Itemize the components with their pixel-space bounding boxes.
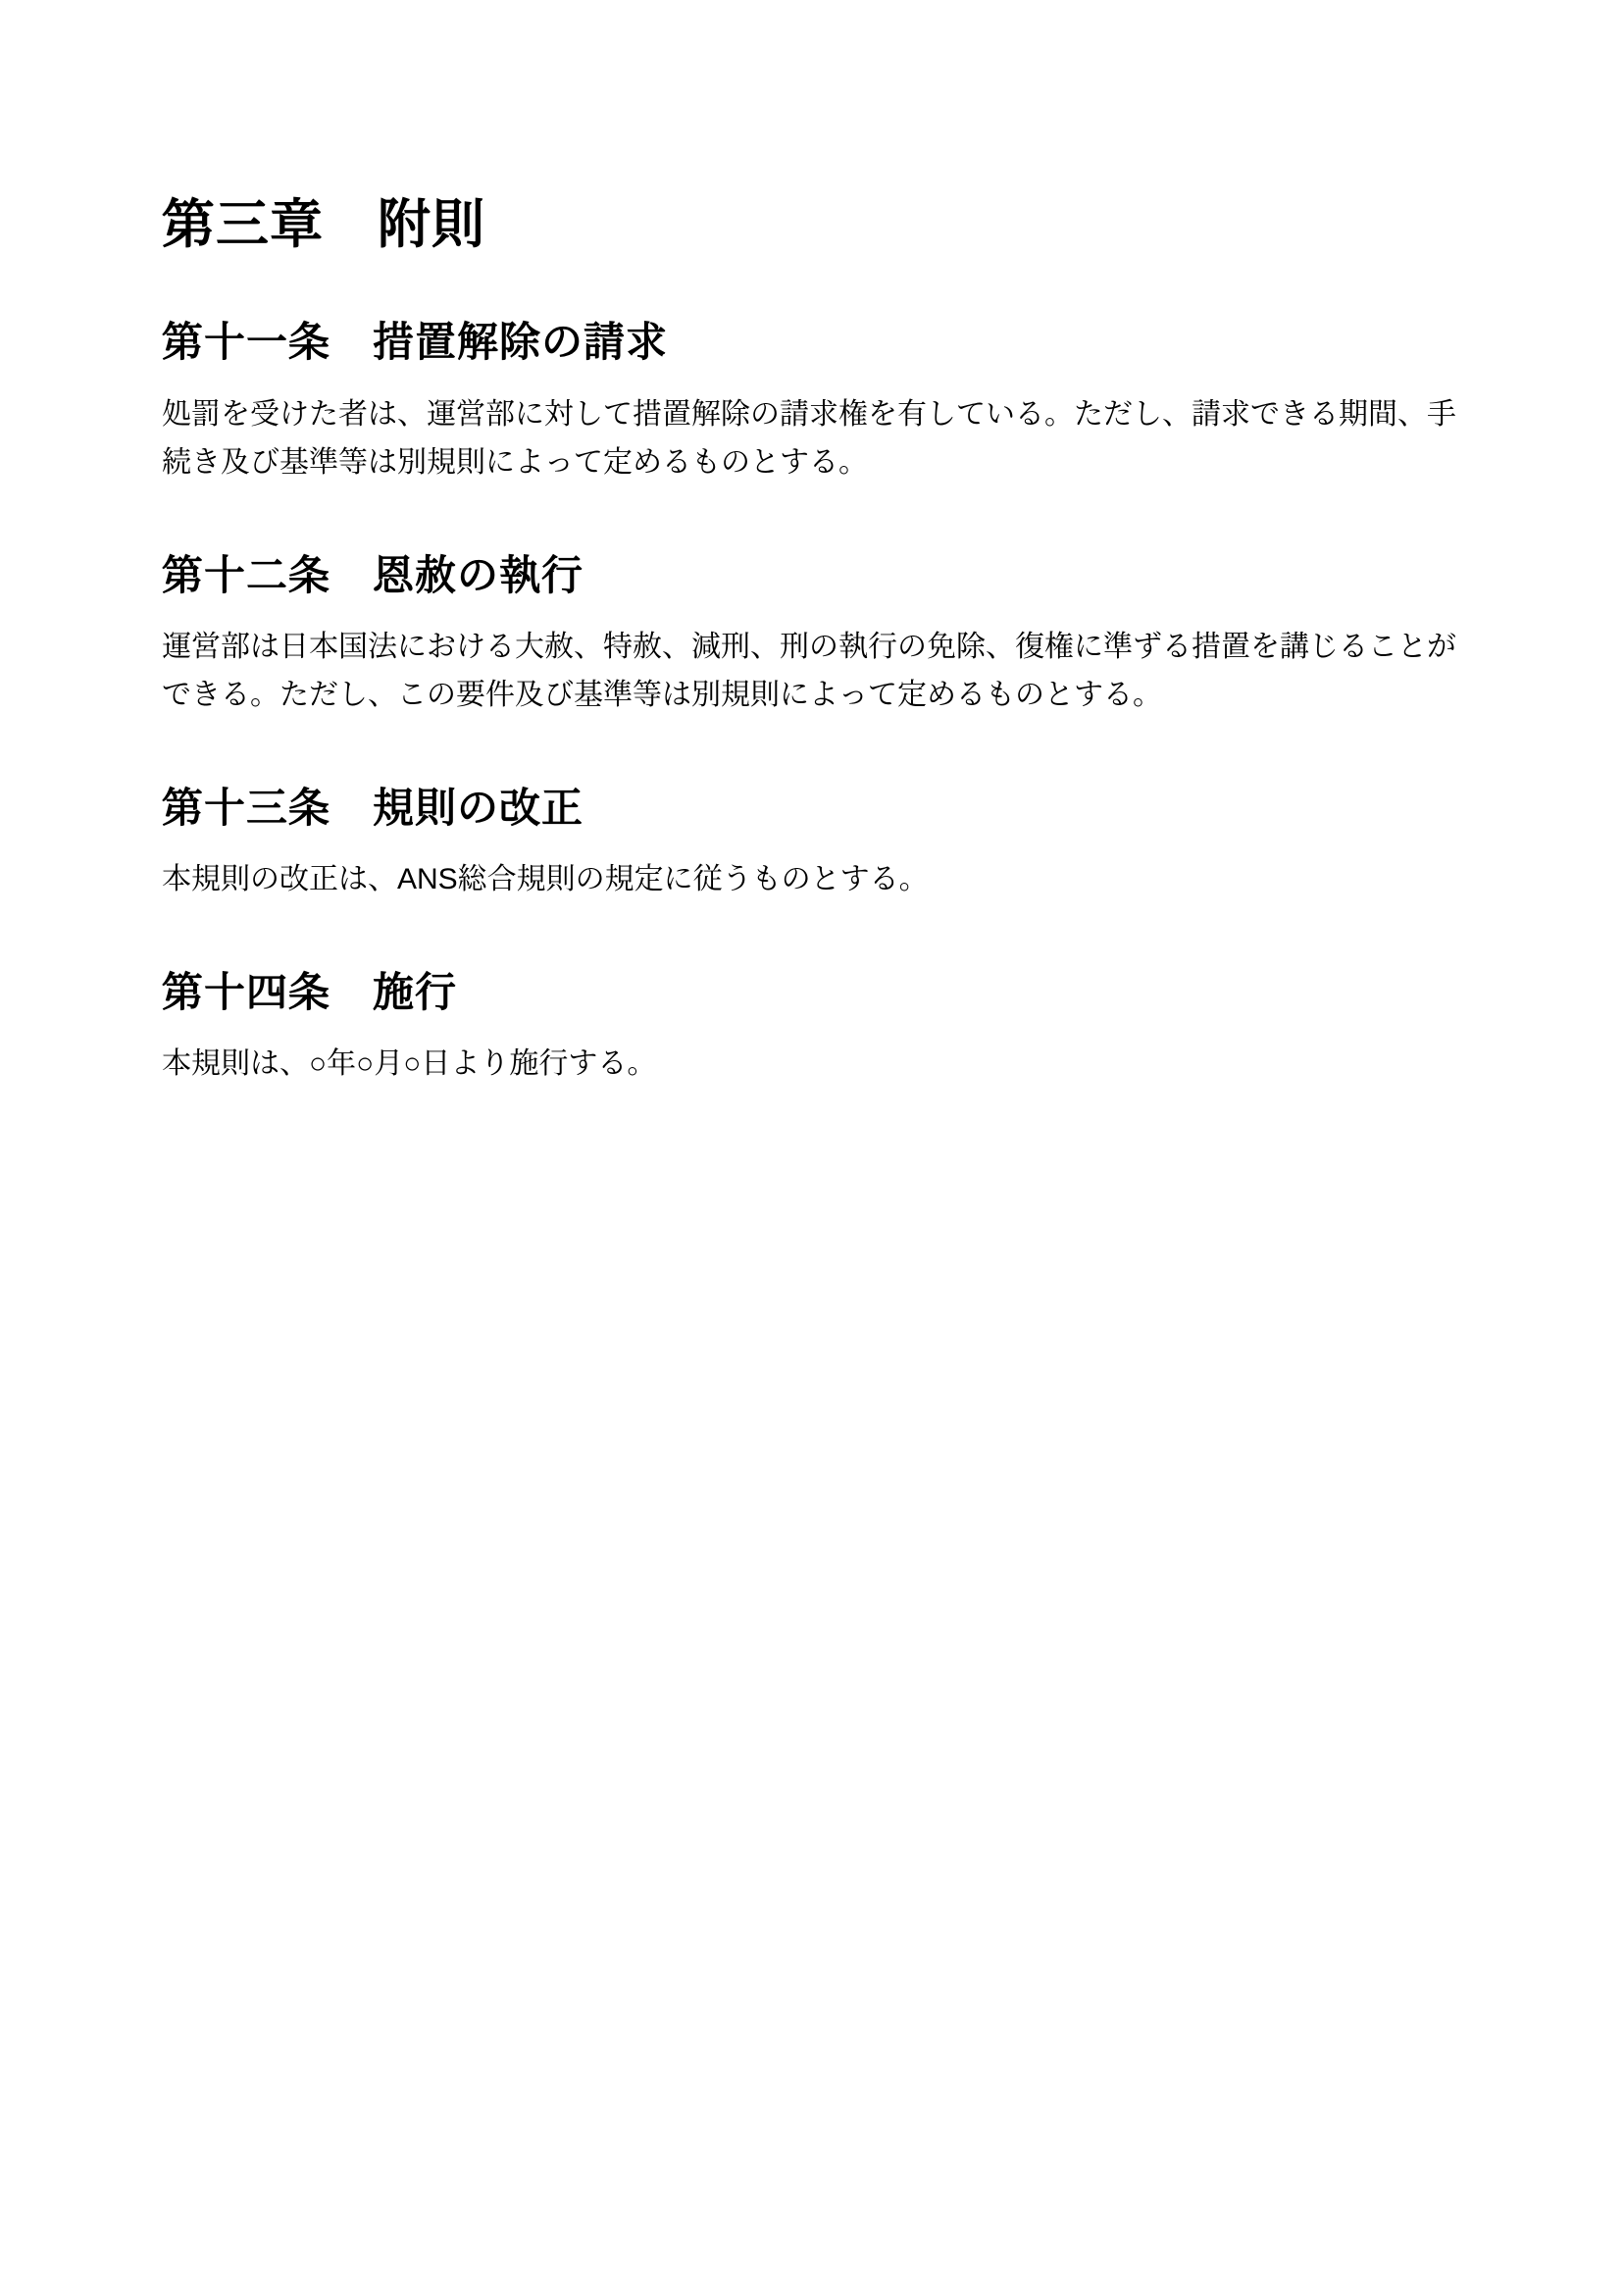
section-article-14: 第十四条 施行 本規則は、○年○月○日より施行する。 (162, 969, 1462, 1089)
section-article-11: 第十一条 措置解除の請求 処罰を受けた者は、運営部に対して措置解除の請求権を有し… (162, 319, 1462, 486)
section-body: 運営部は日本国法における大赦、特赦、減刑、刑の執行の免除、復権に準ずる措置を講じ… (162, 623, 1462, 720)
section-body: 処罰を受けた者は、運営部に対して措置解除の請求権を有している。ただし、請求できる… (162, 390, 1462, 487)
document-page: 第三章 附則 第十一条 措置解除の請求 処罰を受けた者は、運営部に対して措置解除… (0, 0, 1624, 2294)
section-article-12: 第十二条 恩赦の執行 運営部は日本国法における大赦、特赦、減刑、刑の執行の免除、… (162, 552, 1462, 720)
section-body: 本規則の改正は、ANS総合規則の規定に従うものとする。 (162, 855, 1462, 904)
chapter-title: 第三章 附則 (162, 196, 1462, 254)
section-heading: 第十四条 施行 (162, 969, 1462, 1016)
section-article-13: 第十三条 規則の改正 本規則の改正は、ANS総合規則の規定に従うものとする。 (162, 785, 1462, 904)
section-heading: 第十一条 措置解除の請求 (162, 319, 1462, 366)
section-heading: 第十三条 規則の改正 (162, 785, 1462, 832)
section-heading: 第十二条 恩赦の執行 (162, 552, 1462, 599)
section-body: 本規則は、○年○月○日より施行する。 (162, 1040, 1462, 1089)
